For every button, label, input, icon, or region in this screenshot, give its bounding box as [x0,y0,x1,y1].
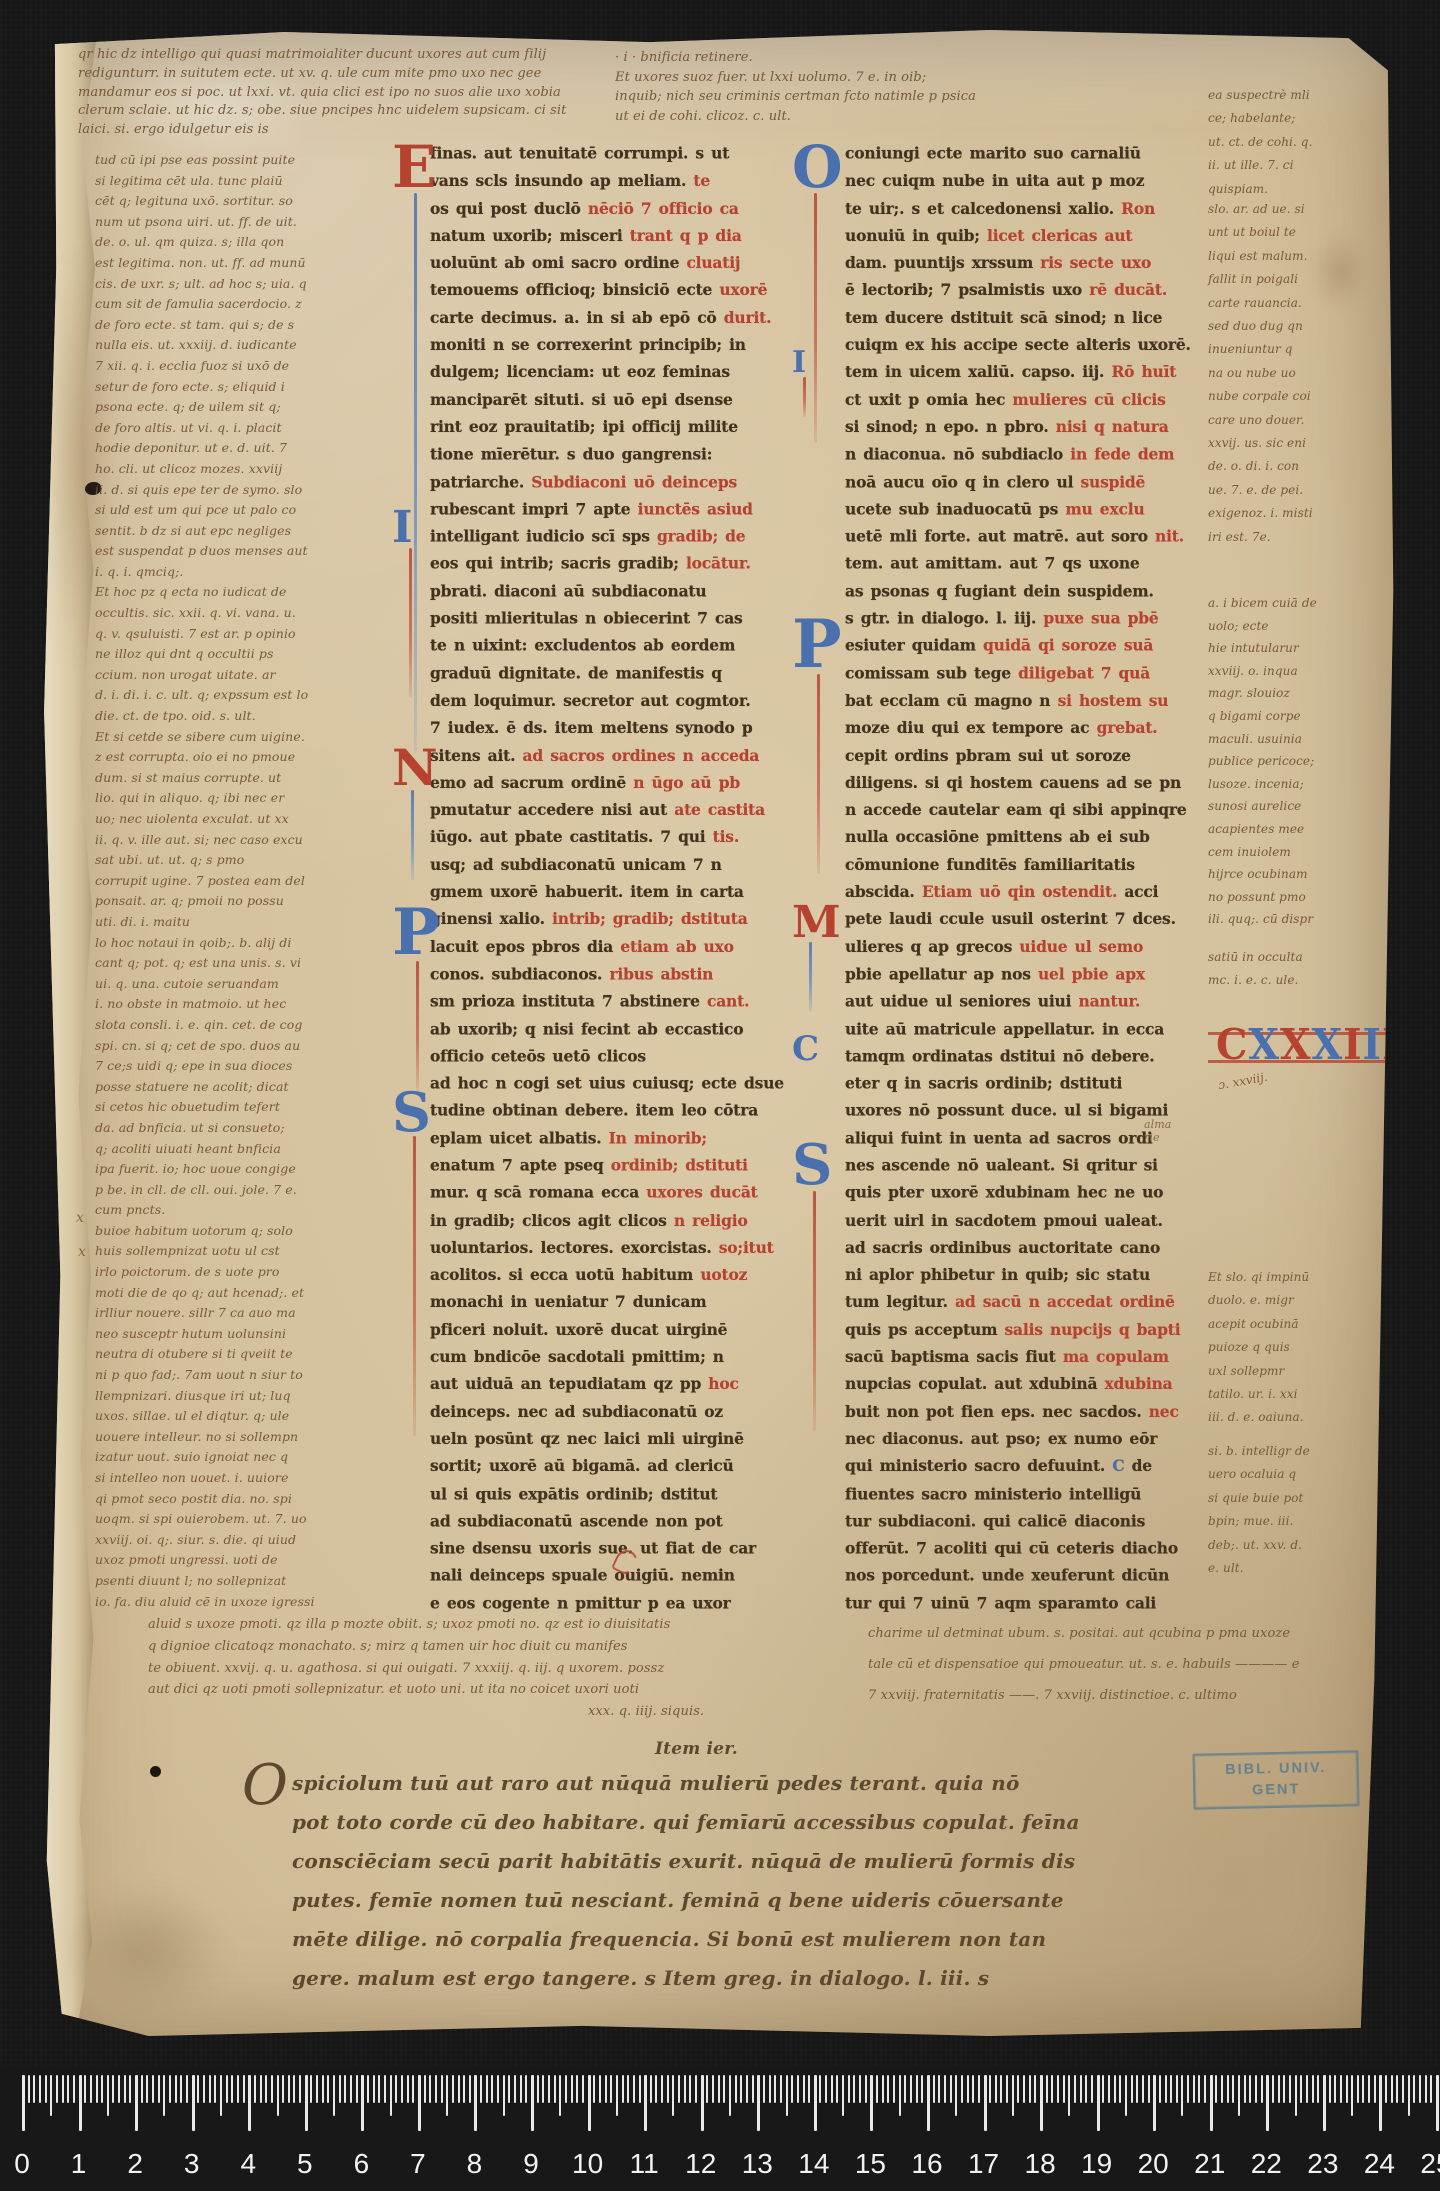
rubric-text: cluatij [686,253,740,273]
text-line: si quie buie pot [1208,1487,1310,1510]
text-line: te obiuent. xxvij. q. u. agathosa. si qu… [148,1658,704,1680]
ruler-tick [491,2075,493,2103]
text-line: ii. ut ille. 7. ci [1208,154,1313,177]
text-line: spi. cn. si q; cet de spo. duos au [95,1036,345,1057]
added-text-lines: spiciolum tuū aut raro aut nūquā mulierū… [292,1764,1010,1998]
body-text: buit non pot fien eps. nec sacdos. [845,1401,1149,1421]
body-text: ē lectorib; 7 psalmistis uxo [845,280,1089,300]
rubric-text: Etiam uō qin ostendit. [922,882,1125,902]
ruler-tick [1102,2075,1104,2103]
body-text: aliqui fuint in uenta ad sacros ordi [845,1128,1153,1148]
ruler-tick [1227,2075,1229,2103]
text-line: i. no obste in matmoio. ut hec [95,994,345,1015]
text-line: inquib; nich seu criminis certman fcto n… [615,87,976,107]
ruler-tick [740,2075,742,2103]
body-text: acci [1124,882,1158,902]
body-text: e eos cogente n pmittur p ea uxor [430,1593,731,1613]
text-line: ab uxorib; q nisi fecint ab eccastico [430,1015,804,1042]
text-line: pbrati. diaconi aū subdiaconatu [430,578,804,605]
ruler-tick [763,2075,765,2103]
body-text: nupcias copulat. aut xdubinā [845,1374,1105,1394]
text-line: a. i bicem cuiā de [1208,592,1317,615]
body-text: pbrati. diaconi aū subdiaconatu [430,581,706,601]
text-line: setur de foro ecte. s; eliquid i [95,377,345,398]
body-text: s gtr. in dialogo. l. iij. [845,608,1043,628]
ruler-tick [50,2075,52,2116]
rubric-text: uel pbie apx [1038,964,1145,984]
text-line: fiuentes sacro ministerio intelligū [845,1480,1219,1507]
ink-blot [150,1766,161,1777]
text-line: alma [1144,1118,1171,1131]
text-line: pot toto corde cū deo habitare. qui femī… [292,1803,1010,1842]
ruler-tick [1017,2075,1019,2103]
interlinear-note: almarie [1144,1118,1171,1144]
ruler-tick [593,2075,595,2103]
ruler-tick [1419,2075,1421,2103]
text-line: ut. ct. de cohi. q. [1208,131,1313,154]
text-line: 7 xxviij. fraternitatis ——. 7 xxviij. di… [868,1680,1300,1711]
body-text: intelligant iudicio scī sps [430,526,657,546]
body-text: cum bndicōe sacdotali pmittim; n [430,1346,724,1366]
text-line: magr. slouioz [1208,682,1317,705]
decorated-initial-p: P [392,901,440,965]
body-text: monachi in ueniatur 7 dunicam [430,1292,706,1312]
ruler-tick [1080,2075,1082,2103]
ruler-tick [22,2075,25,2131]
ruler: 0123456789101112131415161718192021222324… [0,2066,1440,2191]
ruler-tick [1413,2075,1415,2103]
ruler-tick [112,2075,114,2103]
text-line: qui ministerio sacro defuuint. C de [845,1453,1219,1480]
ruler-number: 19 [1081,2148,1112,2180]
ruler-tick [842,2075,844,2116]
body-text: sortit; uxorē aū bigamā. ad clericū [430,1456,734,1476]
rubric-text: puxe sua pbē [1043,608,1158,628]
text-line: patriarche. Subdiaconi uō deinceps [430,468,804,495]
ruler-tick [735,2075,737,2103]
ruler-tick [961,2075,963,2103]
ruler-tick [1374,2075,1376,2103]
body-text: fiuentes sacro ministerio intelligū [845,1483,1141,1503]
ruler-tick [1295,2075,1297,2116]
ruler-tick [1289,2075,1291,2103]
ruler-tick [616,2075,618,2116]
ruler-tick [814,2075,817,2131]
ruler-tick [1023,2075,1025,2103]
text-line: uxl sollepmr [1208,1360,1309,1383]
text-line: quis ps acceptum salis nupcijs q bapti [845,1316,1219,1343]
ruler-tick [791,2075,793,2103]
ruler-tick [90,2075,92,2103]
text-line: pete laudi ccule usuil osterint 7 dces. [845,906,1219,933]
text-line: enatum 7 apte pseq ordinib; dstituti [430,1152,804,1179]
ruler-tick [282,2075,284,2103]
ruler-tick [1368,2075,1370,2103]
ruler-tick [1396,2075,1398,2103]
text-line: usq; ad subdiaconatū unicam 7 n [430,851,804,878]
ruler-tick [33,2075,35,2103]
text-column-right: coniungi ecte marito suo carnaliūnec cui… [845,140,1219,1617]
ruler-tick [1176,2075,1178,2103]
text-line: eplam uicet albatis. In minorib; [430,1125,804,1152]
rubric-text: tis. [713,827,739,847]
ruler-tick [384,2075,386,2103]
text-line: lusoze. incenia; [1208,773,1317,796]
body-text: vans scls insundo ap meliam. [430,170,693,190]
ruler-tick [695,2075,697,2103]
text-line: cēt q; legituna uxō. sortitur. so [95,191,345,212]
ruler-tick [803,2075,805,2103]
ruler-tick [378,2075,380,2103]
text-line: ponsait. ar. q; pmoii no possu [95,891,345,912]
text-line: moze diu qui ex tempore ac grebat. [845,714,1219,741]
text-line: emo ad sacrum ordinē n ūgo aū pb [430,769,804,796]
body-text: aut uidue ul seniores uiui [845,991,1079,1011]
rubric-text: xdubina [1105,1374,1173,1394]
text-line: laici. si. ergo idulgetur eis is [78,121,567,140]
text-line: redigunturr. in suitutem ecte. ut xv. q.… [78,65,567,84]
pen-flourish [809,942,812,1012]
text-line: vans scls insundo ap meliam. te [430,167,804,194]
rubric-text: grebat. [1097,717,1158,737]
ruler-tick [503,2075,505,2116]
ruler-tick [531,2075,534,2131]
text-line: sed duo dug qn [1208,315,1313,338]
body-text: noā aucu oīo q in clero ul [845,471,1080,491]
ruler-tick [407,2075,409,2103]
ruler-tick [831,2075,833,2103]
ruler-tick [984,2075,987,2131]
body-text: eter q in sacris ordinib; dstituti [845,1073,1122,1093]
pen-flourish [817,674,820,874]
text-line: natum uxorib; misceri trant q p dia [430,222,804,249]
text-line: sitens ait. ad sacros ordines n acceda [430,742,804,769]
ruler-tick [1391,2075,1393,2103]
text-line: tem in uicem xaliū. capso. iij. Rō huīt [845,359,1219,386]
text-line: dulgem; licenciam: ut eoz feminas [430,359,804,386]
ruler-tick [718,2075,720,2103]
ruler-tick [271,2075,273,2103]
added-text-block: Item ier. O spiciolum tuū aut raro aut n… [250,1734,1010,1998]
text-line: tur qui 7 uinū 7 aqm sparamto cali [845,1589,1219,1616]
text-line: cuiqm ex his accipe secte alteris uxorē. [845,331,1219,358]
text-line: ni aplor phibetur in quib; sic statu [845,1261,1219,1288]
text-line: aluid s uxoze pmoti. qz illa p mozte obi… [148,1614,704,1636]
text-line: corrupit ugine. 7 postea eam del [95,871,345,892]
text-line: manciparēt situti. si uō epi dsense [430,386,804,413]
folio-number-note: ɔ. xxviij. [1217,1070,1269,1092]
ruler-tick [146,2075,148,2103]
text-line: ili. quq;. cū dispr [1208,908,1317,931]
text-line: charime ul detminat ubum. s. positai. au… [868,1618,1300,1649]
ruler-tick [825,2075,827,2103]
ruler-tick [1198,2075,1200,2103]
ruler-tick [1300,2075,1302,2103]
text-line: qi pmot seco postit dia. no. spi [95,1489,345,1510]
ruler-tick [746,2075,748,2103]
body-text: de [1124,1456,1152,1476]
ruler-tick [582,2075,584,2103]
text-line: cum bndicōe sacdotali pmittim; n [430,1343,804,1370]
body-text: gmem uxorē habuerit. item in carta [430,882,744,902]
body-text: tur qui 7 uinū 7 aqm sparamto cali [845,1593,1156,1613]
ruler-tick [633,2075,635,2103]
text-line: satiū in occulta [1208,946,1303,969]
text-line: psenti diuunt l; no sollepnizat [95,1571,345,1592]
ruler-tick [101,2075,103,2103]
body-text: bat ecclam cū magno n [845,690,1058,710]
ruler-tick [1181,2075,1183,2116]
ruler-tick [203,2075,205,2103]
margin-mark: x [76,1210,84,1226]
text-line: putes. femīe nomen tuū nesciant. feminā … [292,1881,1010,1920]
ruler-tick [395,2075,397,2103]
right-margin-gloss-block: Et slo. qi impinūduolo. e. migracepit oc… [1208,1266,1309,1430]
folio-number: CXXXIII [1216,1020,1401,1069]
decorated-initial-i: I [392,506,413,550]
text-line: diligens. si qi hostem cauens ad se pn [845,769,1219,796]
rubric-text: te [693,170,710,190]
pen-flourish [803,377,806,417]
ruler-tick [1046,2075,1048,2103]
text-line: conos. subdiaconos. ribus abstin [430,960,804,987]
ruler-tick [1131,2075,1133,2103]
text-line: offerūt. 7 acoliti qui cū ceteris diacho [845,1535,1219,1562]
rubric-text: so;itut [719,1237,774,1257]
body-text: sm prioza instituta 7 abstinere [430,991,707,1011]
body-text: pficeri noluit. uxorē ducat uirginē [430,1319,727,1339]
ruler-tick [684,2075,686,2103]
ruler-tick [45,2075,47,2103]
ruler-tick [1193,2075,1195,2103]
text-line: de. o. ul. qm quiza. s; illa qon [95,232,345,253]
ruler-tick [882,2075,884,2103]
text-line: spiciolum tuū aut raro aut nūquā mulierū… [292,1764,1010,1803]
rubric-text: ad sacros ordines n acceda [523,745,760,765]
body-text: carte decimus. a. in si ab epō cō [430,307,724,327]
ruler-tick [220,2075,222,2116]
body-text: uonuiū in quib; [845,225,987,245]
ruler-tick [169,2075,171,2103]
ruler-tick [610,2075,612,2103]
ruler-tick [859,2075,861,2103]
text-line: nulla occasiōne pmittens ab ei sub [845,824,1219,851]
ruler-tick [254,2075,256,2103]
rubric-text: n religio [674,1210,748,1230]
ruler-tick [599,2075,601,2103]
text-line: iūgo. aut pbate castitatis. 7 qui tis. [430,824,804,851]
text-line: cant q; pot. q; est una unis. s. vi [95,953,345,974]
ruler-tick [135,2075,138,2131]
ruler-tick [1114,2075,1116,2103]
ruler-tick [480,2075,482,2103]
text-line: mandamur eos si poc. ut lxxi. vt. quia c… [78,84,567,103]
text-line: q. v. qsuluisti. 7 est ar. p opinio [95,624,345,645]
ruler-tick [1187,2075,1189,2103]
text-line: ui. q. una. cutoie seruandam [95,974,345,995]
ruler-number: 2 [127,2148,143,2180]
ruler-tick [1244,2075,1246,2103]
body-text: eos qui intrib; sacris gradib; [430,553,686,573]
pen-flourish [409,548,412,698]
ruler-tick [322,2075,324,2103]
manuscript-page: qr hic dz intelligo qui quasi matrimoial… [40,26,1396,2042]
ruler-tick [565,2075,567,2103]
text-line: no possunt pmo [1208,886,1317,909]
ruler-tick [605,2075,607,2103]
body-text: acolitos. si ecca uotū habitum [430,1264,700,1284]
text-line: ad sacris ordinibus auctoritate cano [845,1234,1219,1261]
text-line: uti. di. i. maitu [95,912,345,933]
rubric-text: locātur. [686,553,751,573]
rubric-text: ribus abstin [609,964,713,984]
body-text: rint eoz prauitatib; ipi officij milite [430,417,738,437]
right-margin-gloss-block: satiū in occultamc. i. e. c. ule. [1208,946,1303,993]
ruler-tick [124,2075,126,2103]
pen-flourish [411,790,414,880]
body-text: patriarche. [430,471,531,491]
rubric-text: durit. [724,307,772,327]
rubric-text: nantur. [1079,991,1141,1011]
text-line: cum pncts. [95,1200,345,1221]
folio-letter: I [1343,1020,1362,1069]
body-text: tur subdiaconi. qui calicē diaconis [845,1511,1145,1531]
ruler-tick [1034,2075,1036,2103]
ruler-tick [141,2075,143,2103]
text-line: tem ducere dstituit scā sinod; n lice [845,304,1219,331]
text-line: carte rauancia. [1208,292,1313,315]
ruler-tick [1317,2075,1319,2103]
text-line: de foro ecte. st tam. qui s; de s [95,315,345,336]
ruler-tick [1278,2075,1280,2103]
text-line: tum legitur. ad sacū n accedat ordinē [845,1289,1219,1316]
ruler-tick [644,2075,647,2131]
rubric-text: si hostem su [1058,690,1169,710]
text-line: tatilo. ur. i. xxi [1208,1383,1309,1406]
ruler-tick [559,2075,561,2116]
citation-line: xxx. q. iiij. siquis. [588,1701,704,1723]
ruler-tick [1148,2075,1150,2103]
decorated-initial-n: N [392,743,438,793]
text-line: liqui est malum. [1208,245,1313,268]
text-line: tur subdiaconi. qui calicē diaconis [845,1507,1219,1534]
ruler-tick [661,2075,663,2103]
text-line: Et hoc pz q ecta no iudicat de [95,582,345,603]
body-text: quis ps acceptum [845,1319,1005,1339]
ruler-tick [870,2075,873,2131]
text-line: exigenoz. i. misti [1208,502,1313,525]
text-line: te n uixint: excludentos ab eordem [430,632,804,659]
text-line: tale cū et dispensatioe qui pmoueatur. u… [868,1649,1300,1680]
ruler-tick [667,2075,669,2103]
text-line: cōmunione funditēs familiaritatis [845,851,1219,878]
text-line: sat ubi. ut. ut. q; s pmo [95,850,345,871]
text-line: i. q. i. qmciq;. [95,562,345,583]
body-text: ucete sub inaduocatū ps [845,499,1065,519]
rubric-text: nēciō 7 officio ca [588,198,739,218]
rubric-text: In minorib; [609,1128,707,1148]
ruler-tick [1402,2075,1404,2103]
ruler-tick [260,2075,262,2103]
ruler-number: 17 [968,2148,999,2180]
ruler-tick [1362,2075,1364,2103]
text-line: sunosi aurelice [1208,795,1317,818]
text-line: uxoz pmoti ungressi. uoti de [95,1550,345,1571]
text-line: uero ocaluia q [1208,1463,1310,1486]
right-margin-gloss-block: slo. ar. ad ue. siunt ut boiul teliqui e… [1208,198,1313,549]
ruler-tick [1204,2075,1206,2103]
text-line: ad subdiaconatū ascende non pot [430,1507,804,1534]
ruler-tick [327,2075,329,2103]
ruler-number: 22 [1251,2148,1282,2180]
text-line: graduū dignitate. de manifestis q [430,660,804,687]
text-line: moti die de qo q; aut hcenad;. et [95,1283,345,1304]
text-line: pmutatur accedere nisi aut ate castita [430,796,804,823]
ruler-tick [1136,2075,1138,2103]
ruler-tick [514,2075,516,2103]
text-line: acapientes mee [1208,818,1317,841]
text-line: llempnizari. diusque iri ut; luq [95,1386,345,1407]
text-line: ucete sub inaduocatū ps mu exclu [845,496,1219,523]
ruler-tick [1266,2075,1269,2131]
ruler-tick [1340,2075,1342,2103]
ruler-number: 20 [1138,2148,1169,2180]
text-line: os qui post duclō nēciō 7 officio ca [430,195,804,222]
ruler-tick [73,2075,75,2103]
ruler-tick [989,2075,991,2103]
body-text: natum uxorib; misceri [430,225,630,245]
text-line: tamqm ordinatas dstitui nō debere. [845,1043,1219,1070]
body-text: temouems officioq; binsiciō ecte [430,280,719,300]
text-line: Et uxores suoz fuer. ut lxxi uolumo. 7 e… [615,68,976,88]
text-line: ue. 7. e. de pei. [1208,479,1313,502]
ruler-tick [819,2075,821,2103]
text-line: slo. ar. ad ue. si [1208,198,1313,221]
ruler-tick [1379,2075,1382,2131]
decorated-initial-s: S [392,1085,431,1139]
text-line: si intelleo non uouet. i. uuiore [95,1468,345,1489]
rubric-text: uxorē [719,280,767,300]
body-text: uxores nō possunt duce. ul si bigami [845,1100,1168,1120]
text-line: tione mīerētur. s duo gangrensi: [430,441,804,468]
text-line: sentit. b dz si aut epc negliges [95,521,345,542]
text-line: abscida. Etiam uō qin ostendit. acci [845,878,1219,905]
ruler-tick [927,2075,930,2131]
ruler-tick [1261,2075,1263,2103]
ruler-tick [1436,2075,1439,2131]
ruler-tick [1232,2075,1234,2103]
ruler-tick [1312,2075,1314,2103]
right-margin-gloss-block: si. b. intelligr deuero ocaluia qsi quie… [1208,1440,1310,1580]
ruler-tick [1334,2075,1336,2103]
ruler-tick [1385,2075,1387,2103]
text-line: buioe habitum uotorum q; solo [95,1221,345,1242]
ruler-tick [401,2075,403,2103]
ruler-tick [1249,2075,1251,2103]
ruler-tick [904,2075,906,2103]
ruler-tick [424,2075,426,2103]
text-line: si cetos hic obuetudim tefert [95,1097,345,1118]
ruler-tick [1323,2075,1326,2131]
rubric-text: hoc [708,1374,738,1394]
ruler-tick [186,2075,188,2103]
rubric-text: n ūgo aū pb [633,772,740,792]
text-line: pbie apellatur ap nos uel pbie apx [845,960,1219,987]
text-line: num ut psona uiri. ut. ff. de uit. [95,212,345,233]
ruler-tick [542,2075,544,2103]
text-line: q dignioe clicatoqz monachato. s; mirz q… [148,1636,704,1658]
body-text: conos. subdiaconos. [430,964,609,984]
